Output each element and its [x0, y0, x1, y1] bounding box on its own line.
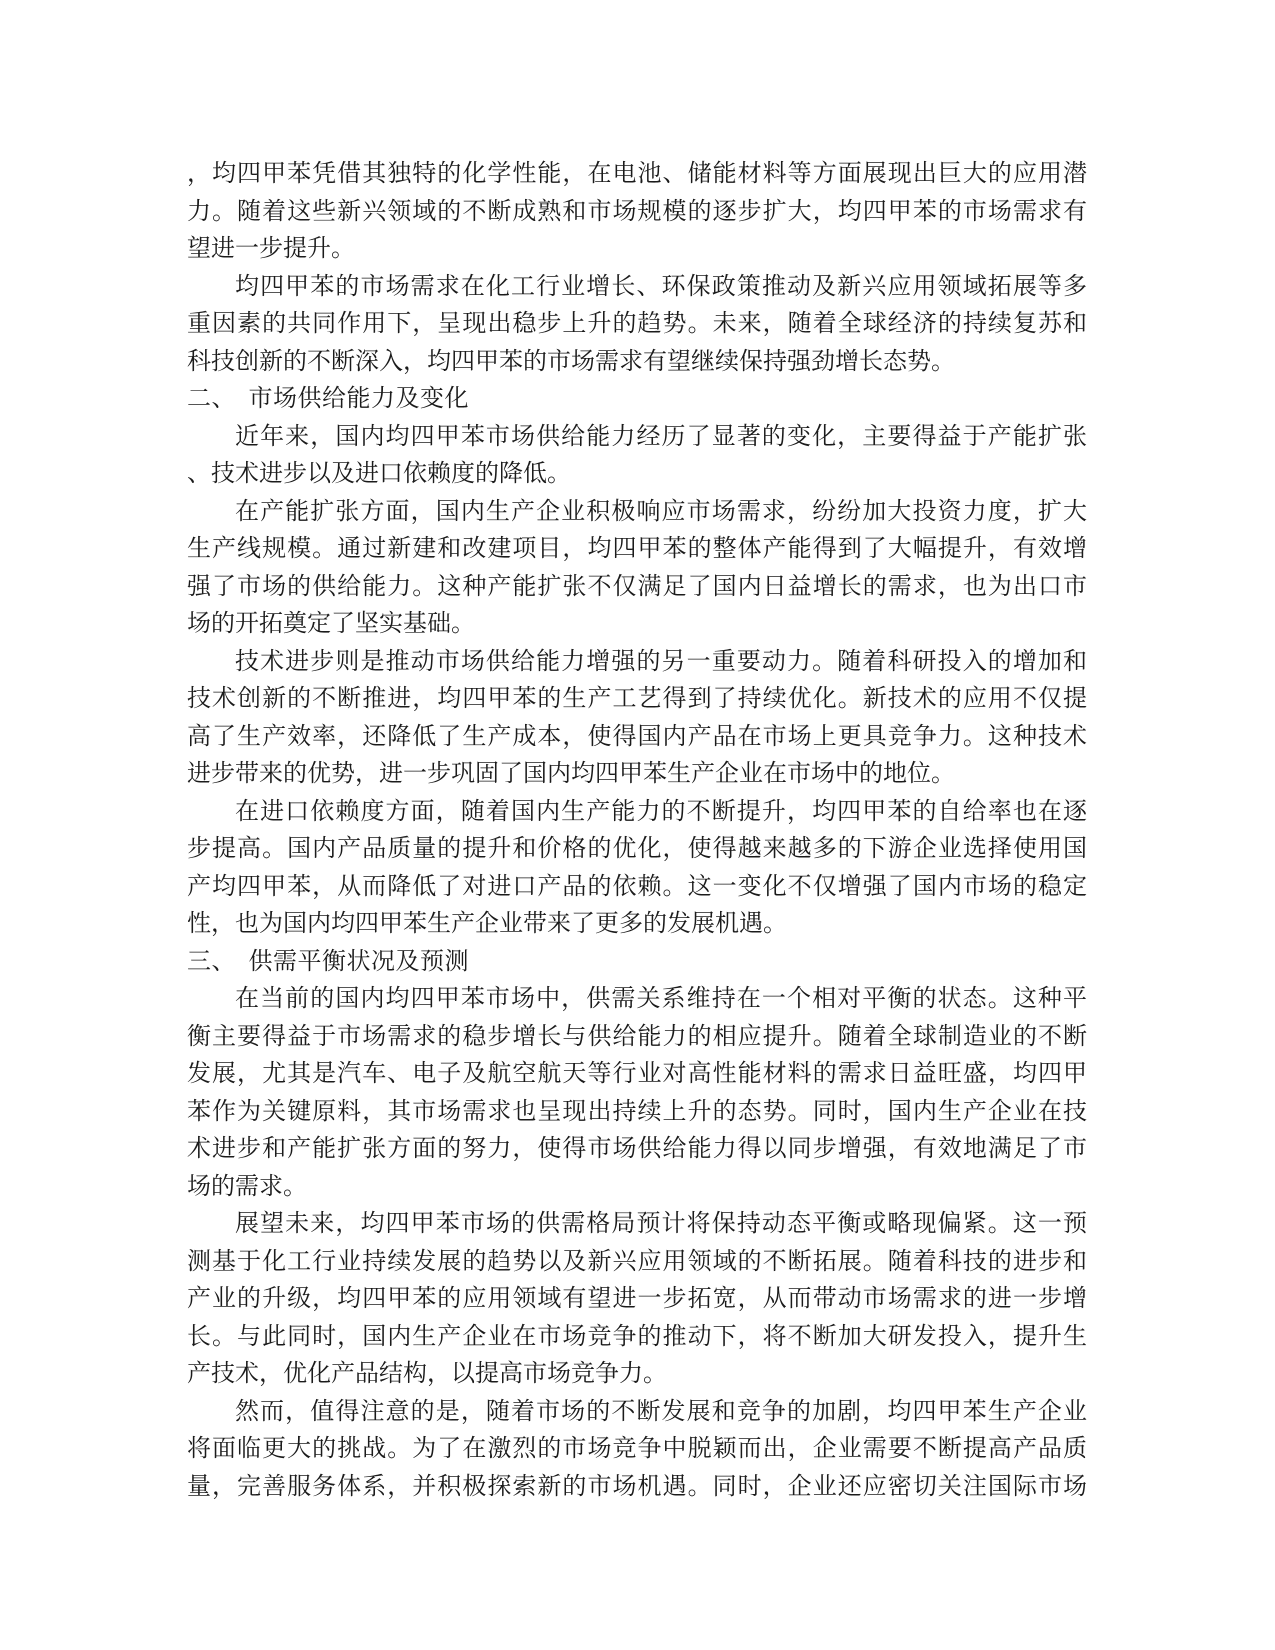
text-line: 技术创新的不断推进，均四甲苯的生产工艺得到了持续优化。新技术的应用不仅提	[187, 681, 1087, 719]
text-line: 长。与此同时，国内生产企业在市场竞争的推动下，将不断加大研发投入，提升生	[187, 1319, 1087, 1357]
text-line: 术进步和产能扩张方面的努力，使得市场供给能力得以同步增强，有效地满足了市	[187, 1131, 1087, 1169]
text-line: 均四甲苯的市场需求在化工行业增长、环保政策推动及新兴应用领域拓展等多	[187, 269, 1087, 307]
section-heading: 三、 供需平衡状况及预测	[187, 944, 1087, 982]
text-line: 近年来，国内均四甲苯市场供给能力经历了显著的变化，主要得益于产能扩张	[187, 419, 1087, 457]
text-line: 在进口依赖度方面，随着国内生产能力的不断提升，均四甲苯的自给率也在逐	[187, 794, 1087, 832]
text-line: 衡主要得益于市场需求的稳步增长与供给能力的相应提升。随着全球制造业的不断	[187, 1019, 1087, 1057]
document-page: ，均四甲苯凭借其独特的化学性能，在电池、储能材料等方面展现出巨大的应用潜力。随着…	[0, 0, 1275, 1650]
text-block: ，均四甲苯凭借其独特的化学性能，在电池、储能材料等方面展现出巨大的应用潜力。随着…	[187, 156, 1087, 1506]
text-line: 强了市场的供给能力。这种产能扩张不仅满足了国内日益增长的需求，也为出口市	[187, 569, 1087, 607]
text-line: 望进一步提升。	[187, 231, 1087, 269]
text-line: 、技术进步以及进口依赖度的降低。	[187, 456, 1087, 494]
text-line: 性，也为国内均四甲苯生产企业带来了更多的发展机遇。	[187, 906, 1087, 944]
text-line: 进步带来的优势，进一步巩固了国内均四甲苯生产企业在市场中的地位。	[187, 756, 1087, 794]
text-line: 重因素的共同作用下，呈现出稳步上升的趋势。未来，随着全球经济的持续复苏和	[187, 306, 1087, 344]
text-line: ，均四甲苯凭借其独特的化学性能，在电池、储能材料等方面展现出巨大的应用潜	[187, 156, 1087, 194]
text-line: 量，完善服务体系，并积极探索新的市场机遇。同时，企业还应密切关注国际市场	[187, 1469, 1087, 1507]
text-line: 场的开拓奠定了坚实基础。	[187, 606, 1087, 644]
text-line: 展望未来，均四甲苯市场的供需格局预计将保持动态平衡或略现偏紧。这一预	[187, 1206, 1087, 1244]
section-heading: 二、 市场供给能力及变化	[187, 381, 1087, 419]
text-line: 技术进步则是推动市场供给能力增强的另一重要动力。随着科研投入的增加和	[187, 644, 1087, 682]
text-line: 科技创新的不断深入，均四甲苯的市场需求有望继续保持强劲增长态势。	[187, 344, 1087, 382]
text-line: 在产能扩张方面，国内生产企业积极响应市场需求，纷纷加大投资力度，扩大	[187, 494, 1087, 532]
text-line: 在当前的国内均四甲苯市场中，供需关系维持在一个相对平衡的状态。这种平	[187, 981, 1087, 1019]
text-line: 生产线规模。通过新建和改建项目，均四甲苯的整体产能得到了大幅提升，有效增	[187, 531, 1087, 569]
text-line: 然而，值得注意的是，随着市场的不断发展和竞争的加剧，均四甲苯生产企业	[187, 1394, 1087, 1432]
text-line: 步提高。国内产品质量的提升和价格的优化，使得越来越多的下游企业选择使用国	[187, 831, 1087, 869]
text-line: 发展，尤其是汽车、电子及航空航天等行业对高性能材料的需求日益旺盛，均四甲	[187, 1056, 1087, 1094]
text-line: 苯作为关键原料，其市场需求也呈现出持续上升的态势。同时，国内生产企业在技	[187, 1094, 1087, 1132]
text-line: 力。随着这些新兴领域的不断成熟和市场规模的逐步扩大，均四甲苯的市场需求有	[187, 194, 1087, 232]
text-line: 测基于化工行业持续发展的趋势以及新兴应用领域的不断拓展。随着科技的进步和	[187, 1244, 1087, 1282]
text-line: 产业的升级，均四甲苯的应用领域有望进一步拓宽，从而带动市场需求的进一步增	[187, 1281, 1087, 1319]
text-line: 将面临更大的挑战。为了在激烈的市场竞争中脱颖而出，企业需要不断提高产品质	[187, 1431, 1087, 1469]
text-line: 场的需求。	[187, 1169, 1087, 1207]
text-line: 高了生产效率，还降低了生产成本，使得国内产品在市场上更具竞争力。这种技术	[187, 719, 1087, 757]
text-line: 产技术，优化产品结构，以提高市场竞争力。	[187, 1356, 1087, 1394]
text-line: 产均四甲苯，从而降低了对进口产品的依赖。这一变化不仅增强了国内市场的稳定	[187, 869, 1087, 907]
